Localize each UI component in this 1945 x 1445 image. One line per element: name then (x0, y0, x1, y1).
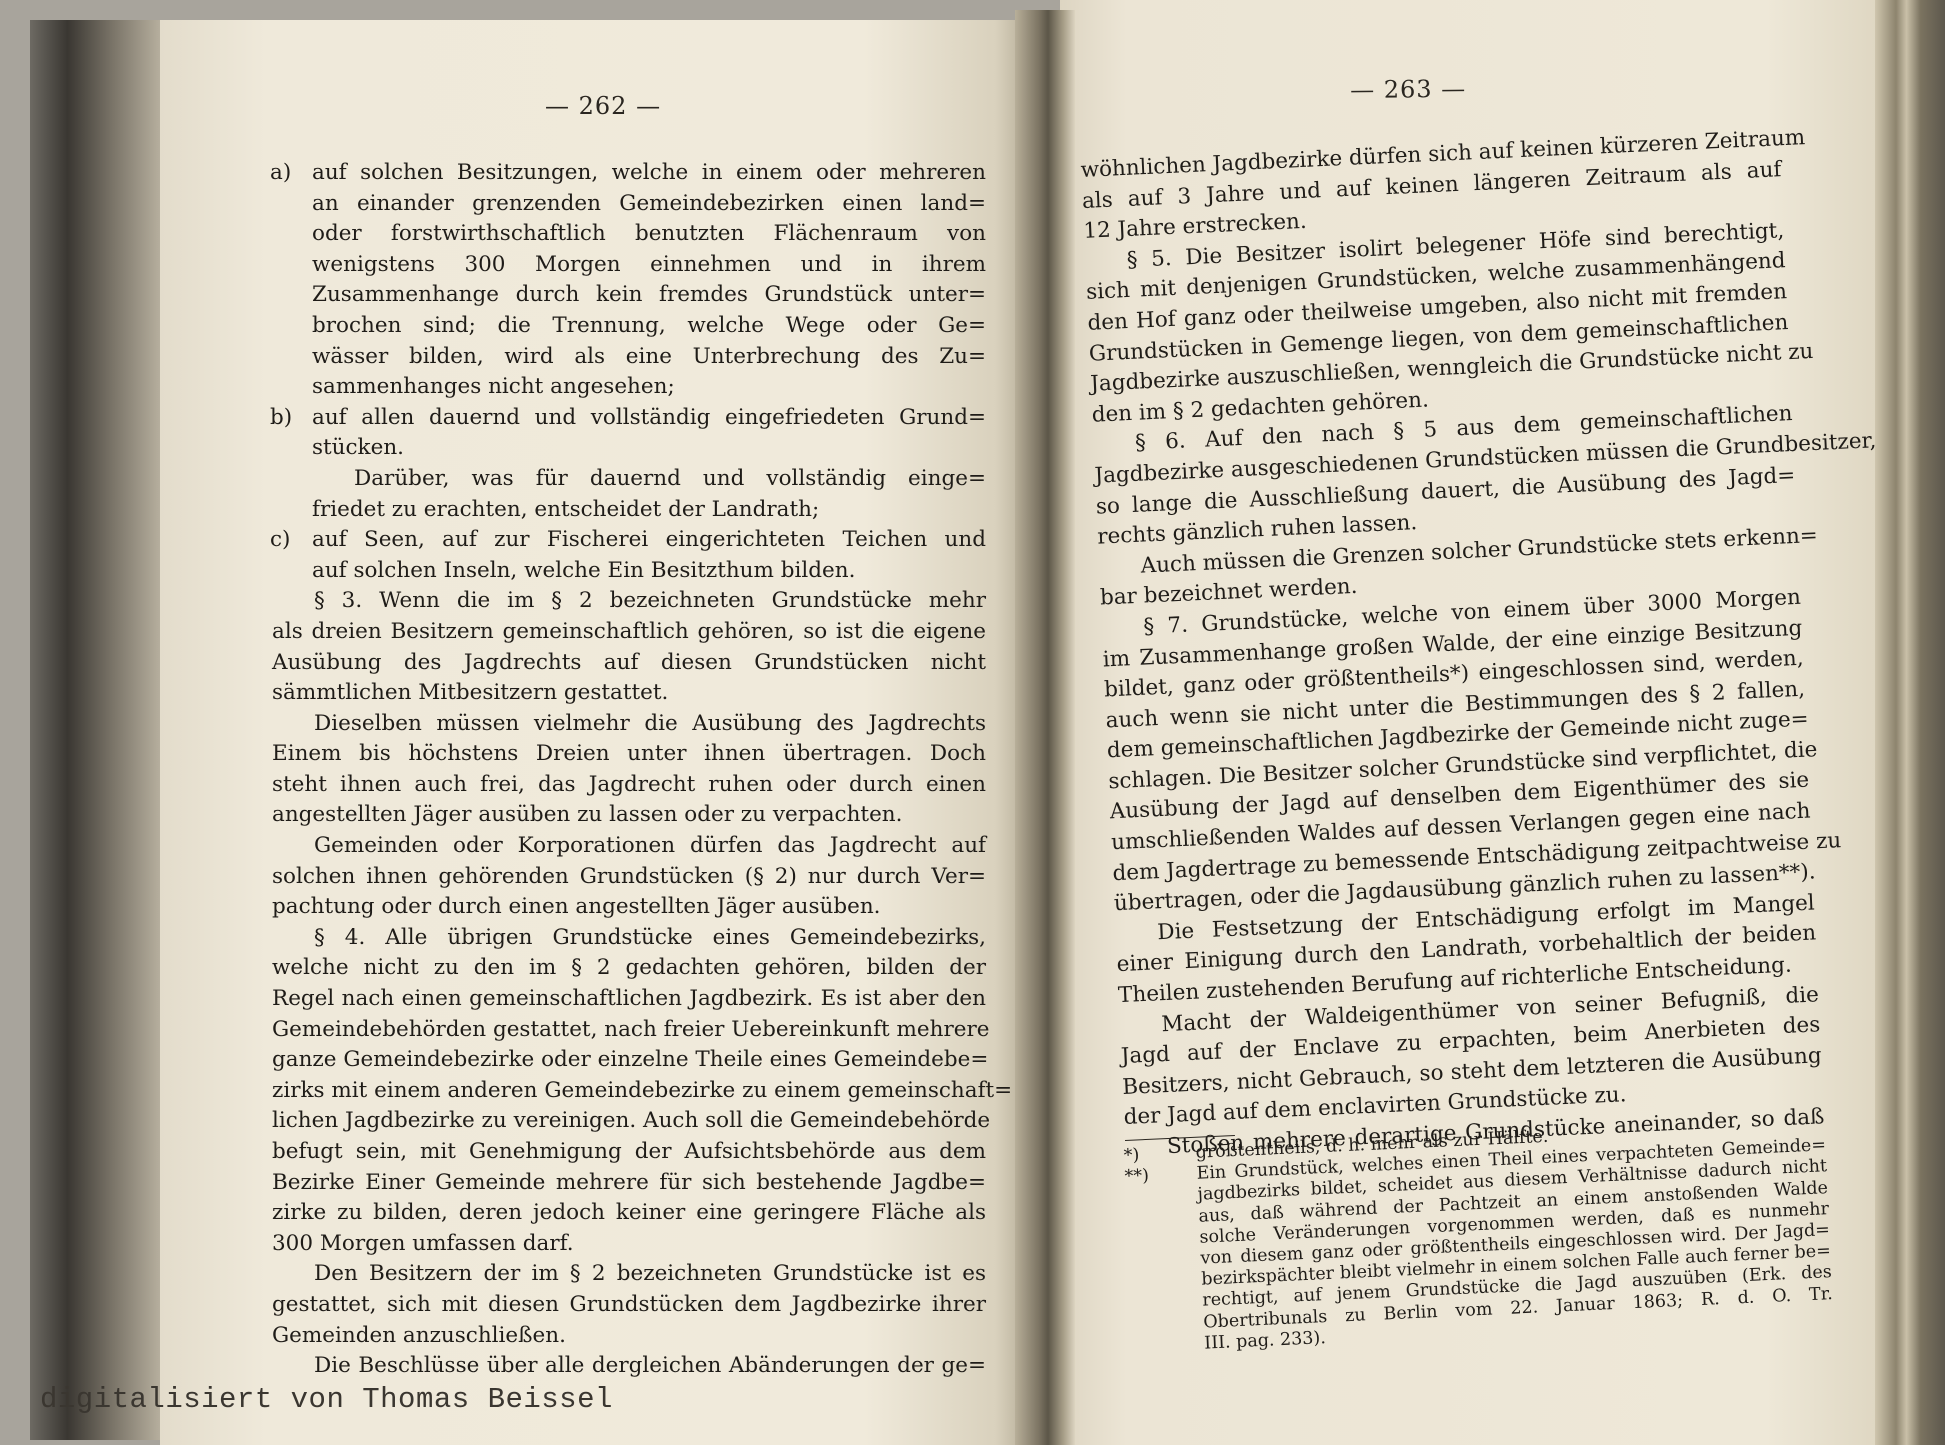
text-line: § 3. Wenn die im § 2 bezeichneten Grunds… (272, 586, 986, 617)
line-text: Bezirke Einer Gemeinde mehrere für sich … (272, 1168, 986, 1199)
line-label: c) (270, 525, 290, 556)
text-line: zirke zu bilden, deren jedoch keiner ein… (272, 1198, 986, 1229)
line-text: Gemeindebehörden gestattet, nach freier … (272, 1015, 986, 1046)
text-line: Bezirke Einer Gemeinde mehrere für sich … (272, 1168, 986, 1199)
text-line: Die Beschlüsse über alle dergleichen Abä… (272, 1351, 986, 1382)
line-text: oder forstwirthschaftlich benutzten Fläc… (272, 219, 986, 250)
text-line: als dreien Besitzern gemeinschaftlich ge… (272, 617, 986, 648)
line-text: auf allen dauernd und vollständig eingef… (272, 403, 986, 434)
open-book-scan: — 262 — — 263 — a)auf solchen Besitzunge… (0, 0, 1945, 1445)
text-line: lichen Jagdbezirke zu vereinigen. Auch s… (272, 1106, 986, 1137)
line-text: Die Beschlüsse über alle dergleichen Abä… (272, 1351, 986, 1382)
line-text: pachtung oder durch einen angestellten J… (272, 892, 986, 923)
line-text: Dieselben müssen vielmehr die Ausübung d… (272, 709, 986, 740)
text-line: sämmtlichen Mitbesitzern gestattet. (272, 678, 986, 709)
line-label: a) (270, 158, 291, 189)
line-text: § 3. Wenn die im § 2 bezeichneten Grunds… (272, 586, 986, 617)
line-text: steht ihnen auch frei, das Jagdrecht ruh… (272, 770, 986, 801)
line-text: wässer bilden, wird als eine Unterbrechu… (272, 342, 986, 373)
text-line: angestellten Jäger ausüben zu lassen ode… (272, 800, 986, 831)
line-text: auf solchen Inseln, welche Ein Besitzthu… (272, 556, 986, 587)
line-text: zirks mit einem anderen Gemeindebezirke … (272, 1076, 986, 1107)
line-text: friedet zu erachten, entscheidet der Lan… (272, 495, 986, 526)
text-line: brochen sind; die Trennung, welche Wege … (272, 311, 986, 342)
text-line: an einander grenzenden Gemeindebezirken … (272, 189, 986, 220)
text-line: oder forstwirthschaftlich benutzten Fläc… (272, 219, 986, 250)
text-line: wenigstens 300 Morgen einnehmen und in i… (272, 250, 986, 281)
line-text: auf solchen Besitzungen, welche in einem… (272, 158, 986, 189)
line-text: Einem bis höchstens Dreien unter ihnen ü… (272, 739, 986, 770)
line-text: Ausübung des Jagdrechts auf diesen Grund… (272, 648, 986, 679)
footnotes: *)größtentheils, d. h. mehr als zur Hälf… (1125, 1114, 1834, 1358)
line-text: befugt sein, mit Genehmigung der Aufsich… (272, 1137, 986, 1168)
line-text: auf Seen, auf zur Fischerei eingerichtet… (272, 525, 986, 556)
page-edges-right (1875, 0, 1945, 1445)
book-cover-edge-left (30, 20, 180, 1440)
left-page-text: a)auf solchen Besitzungen, welche in ein… (272, 158, 986, 1382)
line-text: Darüber, was für dauernd und vollständig… (272, 464, 986, 495)
line-text: lichen Jagdbezirke zu vereinigen. Auch s… (272, 1106, 986, 1137)
text-line: Dieselben müssen vielmehr die Ausübung d… (272, 709, 986, 740)
left-page-number: — 262 — (545, 92, 661, 120)
line-text: Den Besitzern der im § 2 bezeichneten Gr… (272, 1259, 986, 1290)
text-line: Zusammenhange durch kein fremdes Grundst… (272, 280, 986, 311)
text-line: § 4. Alle übrigen Grundstücke eines Geme… (272, 923, 986, 954)
line-label: **) (1124, 1166, 1149, 1188)
line-label: b) (270, 403, 292, 434)
text-line: Regel nach einen gemeinschaftlichen Jagd… (272, 984, 986, 1015)
book-gutter (1015, 10, 1075, 1445)
text-line: Darüber, was für dauernd und vollständig… (272, 464, 986, 495)
text-line: zirks mit einem anderen Gemeindebezirke … (272, 1076, 986, 1107)
text-line: Ausübung des Jagdrechts auf diesen Grund… (272, 648, 986, 679)
line-text: zirke zu bilden, deren jedoch keiner ein… (272, 1198, 986, 1229)
line-text: wenigstens 300 Morgen einnehmen und in i… (272, 250, 986, 281)
text-line: b)auf allen dauernd und vollständig eing… (272, 403, 986, 434)
text-line: friedet zu erachten, entscheidet der Lan… (272, 495, 986, 526)
line-text: Gemeinden oder Korporationen dürfen das … (272, 831, 986, 862)
digitization-watermark: digitalisiert von Thomas Beissel (40, 1383, 613, 1416)
text-line: pachtung oder durch einen angestellten J… (272, 892, 986, 923)
line-text: welche nicht zu den im § 2 gedachten geh… (272, 953, 986, 984)
right-page-number: — 263 — (1350, 75, 1466, 104)
text-line: 300 Morgen umfassen darf. (272, 1229, 986, 1260)
line-text: gestattet, sich mit diesen Grundstücken … (272, 1290, 986, 1321)
text-line: welche nicht zu den im § 2 gedachten geh… (272, 953, 986, 984)
line-text: Zusammenhange durch kein fremdes Grundst… (272, 280, 986, 311)
line-text: Regel nach einen gemeinschaftlichen Jagd… (272, 984, 986, 1015)
text-line: Einem bis höchstens Dreien unter ihnen ü… (272, 739, 986, 770)
line-text: Gemeinden anzuschließen. (272, 1321, 986, 1352)
line-label: *) (1123, 1145, 1140, 1167)
line-text: sammenhanges nicht angesehen; (272, 372, 986, 403)
line-text: ganze Gemeindebezirke oder einzelne Thei… (272, 1045, 986, 1076)
line-text: angestellten Jäger ausüben zu lassen ode… (272, 800, 986, 831)
line-text: stücken. (272, 433, 986, 464)
text-line: gestattet, sich mit diesen Grundstücken … (272, 1290, 986, 1321)
line-text: § 4. Alle übrigen Grundstücke eines Geme… (272, 923, 986, 954)
text-line: Den Besitzern der im § 2 bezeichneten Gr… (272, 1259, 986, 1290)
text-line: sammenhanges nicht angesehen; (272, 372, 986, 403)
text-line: Gemeinden oder Korporationen dürfen das … (272, 831, 986, 862)
line-text: sämmtlichen Mitbesitzern gestattet. (272, 678, 986, 709)
text-line: Gemeinden anzuschließen. (272, 1321, 986, 1352)
right-page-text: wöhnlichen Jagdbezirke dürfen sich auf k… (1080, 124, 1825, 1164)
text-line: ganze Gemeindebezirke oder einzelne Thei… (272, 1045, 986, 1076)
text-line: stücken. (272, 433, 986, 464)
text-line: Gemeindebehörden gestattet, nach freier … (272, 1015, 986, 1046)
line-text: als dreien Besitzern gemeinschaftlich ge… (272, 617, 986, 648)
line-text: 300 Morgen umfassen darf. (272, 1229, 986, 1260)
text-line: c)auf Seen, auf zur Fischerei eingericht… (272, 525, 986, 556)
text-line: solchen ihnen gehörenden Grundstücken (§… (272, 862, 986, 893)
text-line: steht ihnen auch frei, das Jagdrecht ruh… (272, 770, 986, 801)
text-line: wässer bilden, wird als eine Unterbrechu… (272, 342, 986, 373)
text-line: a)auf solchen Besitzungen, welche in ein… (272, 158, 986, 189)
line-text: solchen ihnen gehörenden Grundstücken (§… (272, 862, 986, 893)
line-text: an einander grenzenden Gemeindebezirken … (272, 189, 986, 220)
text-line: befugt sein, mit Genehmigung der Aufsich… (272, 1137, 986, 1168)
line-text: brochen sind; die Trennung, welche Wege … (272, 311, 986, 342)
text-line: auf solchen Inseln, welche Ein Besitzthu… (272, 556, 986, 587)
